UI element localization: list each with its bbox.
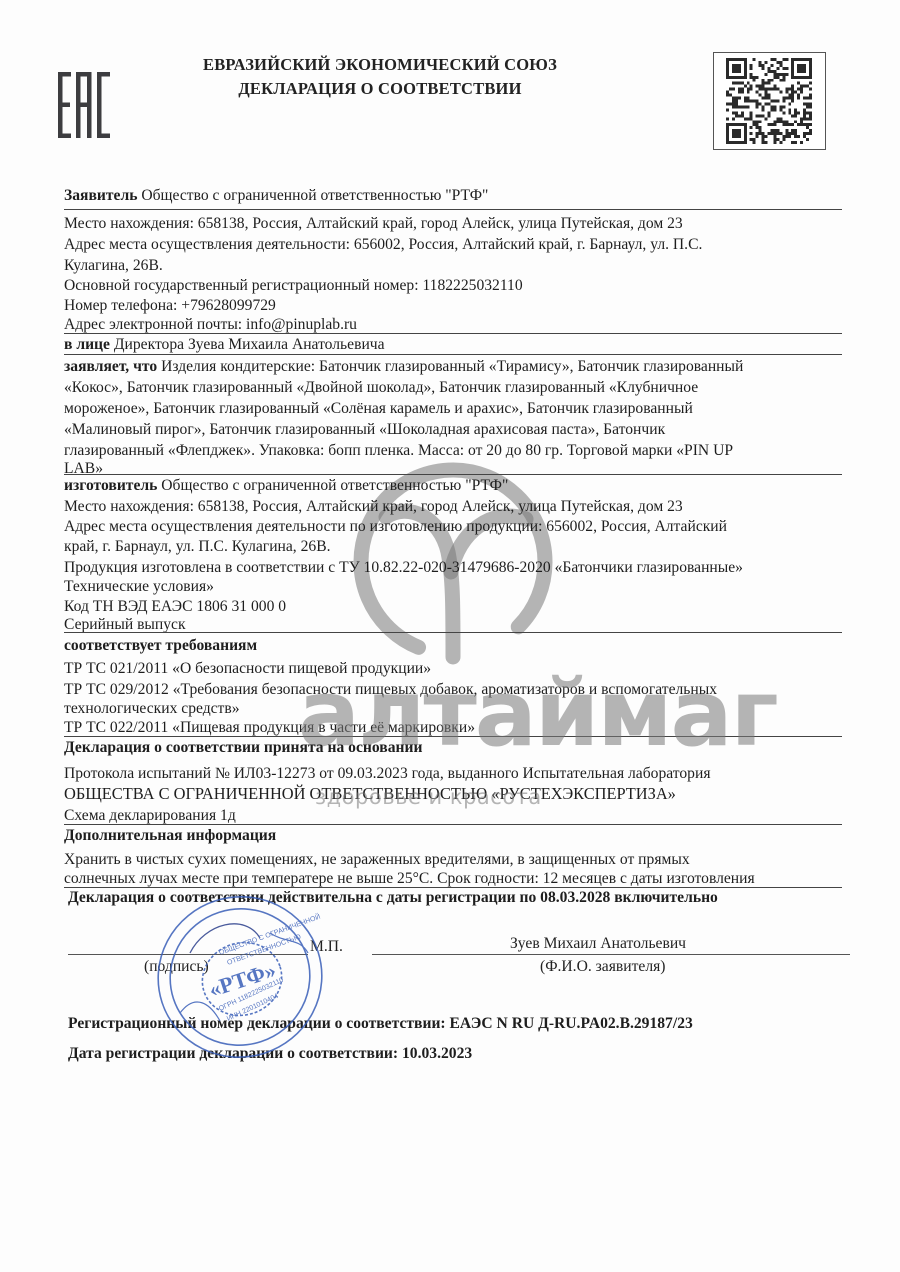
registration-date: Дата регистрации декларации о соответств…: [68, 1044, 472, 1064]
manufacturer-line: изготовитель Общество с ограниченной отв…: [64, 476, 508, 496]
requirement-item: ТР ТС 021/2011 «О безопасности пищевой п…: [64, 659, 431, 679]
validity-statement: Декларация о соответствии действительна …: [68, 888, 718, 908]
applicant-label: Заявитель: [64, 187, 137, 204]
divider: [64, 736, 842, 737]
declares-label: заявляет, что: [64, 358, 157, 375]
declares-text: «Кокос», Батончик глазированный «Двойной…: [64, 378, 698, 398]
additional-info-text: Хранить в чистых сухих помещениях, не за…: [64, 850, 690, 870]
applicant-ogrn: Основной государственный регистрационный…: [64, 276, 523, 296]
additional-info-label: Дополнительная информация: [64, 826, 276, 846]
divider: [64, 474, 842, 475]
divider: [64, 333, 842, 334]
declares-text: «Малиновый пирог», Батончик глазированны…: [64, 420, 665, 440]
applicant-value: Общество с ограниченной ответственностью…: [141, 187, 488, 204]
svg-text:ОБЩЕСТВО С ОГРАНИЧЕННОЙ: ОБЩЕСТВО С ОГРАНИЧЕННОЙ: [218, 912, 322, 957]
represented-label: в лице: [64, 336, 110, 353]
signature-caption: (подпись): [144, 958, 209, 976]
signature-line: [68, 954, 308, 955]
applicant-name: Зуев Михаил Анатольевич: [510, 935, 686, 953]
eac-mark-icon: [58, 72, 110, 138]
requirement-item-cont: технологических средств»: [64, 699, 240, 719]
manufacturer-production-address: Адрес места осуществления деятельности п…: [64, 517, 727, 537]
declares-text: мороженое», Батончик глазированный «Солё…: [64, 399, 693, 419]
stamp-mark: М.П.: [310, 938, 343, 956]
basis-laboratory: ОБЩЕСТВА С ОГРАНИЧЕННОЙ ОТВЕТСТВЕННОСТЬЮ…: [64, 784, 676, 804]
applicant-line: Заявитель Общество с ограниченной ответс…: [64, 186, 488, 206]
svg-text:«РТФ»: «РТФ»: [206, 957, 279, 1002]
declares-text: глазированный «Флепджек». Упаковка: бопп…: [64, 441, 733, 461]
applicant-email: Адрес электронной почты: info@pinuplab.r…: [64, 315, 357, 335]
divider: [64, 209, 842, 210]
union-title: ЕВРАЗИЙСКИЙ ЭКОНОМИЧЕСКИЙ СОЮЗ: [150, 55, 610, 75]
manufacturer-standard-cont: Технические условия»: [64, 577, 214, 597]
divider: [64, 632, 842, 633]
divider: [64, 824, 842, 825]
divider: [64, 354, 842, 355]
name-line: [372, 954, 850, 955]
basis-label: Декларация о соответствии принята на осн…: [64, 738, 422, 758]
qr-code-icon[interactable]: [713, 52, 826, 150]
applicant-activity-address: Адрес места осуществления деятельности: …: [64, 235, 702, 255]
declaration-page: ЕВРАЗИЙСКИЙ ЭКОНОМИЧЕСКИЙ СОЮЗ ДЕКЛАРАЦИ…: [0, 0, 900, 1272]
additional-info-text-cont: солнечных лучах месте при температере не…: [64, 869, 755, 889]
declares-text: Изделия кондитерские: Батончик глазирова…: [161, 358, 743, 375]
applicant-phone: Номер телефона: +79628099729: [64, 296, 276, 316]
applicant-activity-address-cont: Кулагина, 26В.: [64, 256, 163, 276]
registration-number: Регистрационный номер декларации о соотв…: [68, 1014, 693, 1034]
manufacturer-production-address-cont: край, г. Барнаул, ул. П.С. Кулагина, 26В…: [64, 537, 331, 557]
manufacturer-address: Место нахождения: 658138, Россия, Алтайс…: [64, 497, 683, 517]
declares-line: заявляет, что Изделия кондитерские: Бато…: [64, 357, 743, 377]
svg-text:ОГРН 1182225032110: ОГРН 1182225032110: [218, 977, 285, 1013]
requirements-label: соответствует требованиям: [64, 636, 257, 656]
basis-protocol: Протокола испытаний № ИЛ03-12273 от 09.0…: [64, 764, 711, 784]
document-title: ДЕКЛАРАЦИЯ О СООТВЕТСТВИИ: [150, 79, 610, 99]
applicant-name-caption: (Ф.И.О. заявителя): [540, 958, 665, 976]
manufacturer-label: изготовитель: [64, 477, 157, 494]
tn-ved-code: Код ТН ВЭД ЕАЭС 1806 31 000 0: [64, 597, 286, 617]
requirement-item: ТР ТС 022/2011 «Пищевая продукция в част…: [64, 718, 475, 738]
svg-text:ОТВЕТСТВЕННОСТЬЮ: ОТВЕТСТВЕННОСТЬЮ: [226, 934, 302, 967]
declaration-scheme: Схема декларирования 1д: [64, 806, 236, 826]
requirement-item: ТР ТС 029/2012 «Требования безопасности …: [64, 680, 717, 700]
applicant-address: Место нахождения: 658138, Россия, Алтайс…: [64, 214, 683, 234]
represented-value: Директора Зуева Михаила Анатольевича: [114, 336, 385, 353]
manufacturer-value: Общество с ограниченной ответственностью…: [161, 477, 508, 494]
manufacturer-standard: Продукция изготовлена в соответствии с Т…: [64, 558, 743, 578]
company-seal-icon: «РТФ» ОБЩЕСТВО С ОГРАНИЧЕННОЙ ОТВЕТСТВЕН…: [150, 893, 330, 1061]
represented-by: в лице Директора Зуева Михаила Анатольев…: [64, 335, 385, 355]
